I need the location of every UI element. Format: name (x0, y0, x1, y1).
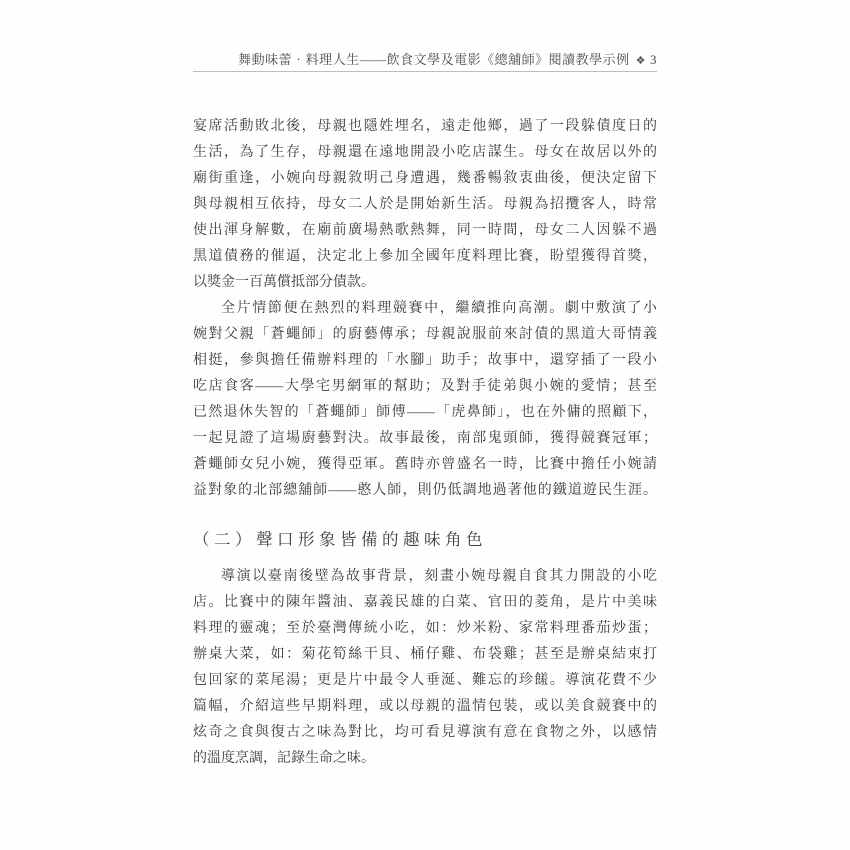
diamond-ornament-icon: ❖ (630, 55, 650, 67)
running-header-title: 舞動味蕾‧料理人生——飲食文學及電影《總舖師》閱讀教學示例 (238, 52, 630, 67)
text-line: 宴席活動敗北後，母親也隱姓埋名，遠走他鄉，過了一段躲債度日的 (193, 114, 657, 140)
page-number: 3 (650, 52, 657, 67)
text-line: 生活，為了生存，母親還在遠地開設小吃店謀生。母女在故居以外的 (193, 140, 657, 166)
text-line: 篇幅，介紹這些早期料理，或以母親的溫情包裝，或以美食競賽中的 (193, 694, 657, 720)
text-line: 益對象的北部總舖師——憨人師，則仍低調地過著他的鐵道遊民生涯。 (193, 478, 657, 504)
text-line: 婉對父親「蒼蠅師」的廚藝傳承；母親說服前來討債的黑道大哥情義 (193, 322, 657, 348)
text-line: 炫奇之食與復古之味為對比，均可看見導演有意在食物之外，以感情 (193, 720, 657, 746)
main-text-block: 宴席活動敗北後，母親也隱姓埋名，遠走他鄉，過了一段躲債度日的生活，為了生存，母親… (193, 114, 657, 772)
paragraph-3: 導演以臺南後壁為故事背景，刻畫小婉母親自食其力開設的小吃店。比賽中的陳年醬油、嘉… (193, 564, 657, 772)
text-line: 包回家的菜尾湯；更是片中最令人垂涎、難忘的珍饈。導演花費不少 (193, 668, 657, 694)
text-line: 料理的靈魂；至於臺灣傳統小吃，如：炒米粉、家常料理番茄炒蛋； (193, 616, 657, 642)
text-line: 的溫度烹調，記錄生命之味。 (193, 746, 657, 772)
text-line: 廟街重逢，小婉向母親敘明己身遭遇，幾番暢敘衷曲後，便決定留下 (193, 166, 657, 192)
text-line: 以獎金一百萬償抵部分債款。 (193, 270, 657, 296)
book-page: 舞動味蕾‧料理人生——飲食文學及電影《總舖師》閱讀教學示例❖3 宴席活動敗北後，… (0, 0, 850, 850)
text-line: 導演以臺南後壁為故事背景，刻畫小婉母親自食其力開設的小吃 (193, 564, 657, 590)
section-heading: （二）聲口形象皆備的趣味角色 (193, 526, 657, 553)
text-line: 店。比賽中的陳年醬油、嘉義民雄的白菜、官田的菱角，是片中美味 (193, 590, 657, 616)
paragraph-2: 全片情節便在熱烈的料理競賽中，繼續推向高潮。劇中敷演了小婉對父親「蒼蠅師」的廚藝… (193, 296, 657, 504)
text-line: 一起見證了這場廚藝對決。故事最後，南部鬼頭師，獲得競賽冠軍； (193, 426, 657, 452)
text-line: 已然退休失智的「蒼蠅師」師傅——「虎鼻師」，也在外傭的照顧下， (193, 400, 657, 426)
running-header: 舞動味蕾‧料理人生——飲食文學及電影《總舖師》閱讀教學示例❖3 (193, 50, 657, 71)
text-line: 黑道債務的催逼，決定北上參加全國年度料理比賽，盼望獲得首獎， (193, 244, 657, 270)
text-line: 使出渾身解數，在廟前廣場熱歌熱舞，同一時間，母女二人因躲不過 (193, 218, 657, 244)
text-line: 與母親相互依持，母女二人於是開始新生活。母親為招攬客人，時常 (193, 192, 657, 218)
text-line: 吃店食客——大學宅男網軍的幫助；及對手徒弟與小婉的愛情；甚至 (193, 374, 657, 400)
header-rule-divider (193, 71, 657, 72)
paragraph-1: 宴席活動敗北後，母親也隱姓埋名，遠走他鄉，過了一段躲債度日的生活，為了生存，母親… (193, 114, 657, 296)
text-line: 蒼蠅師女兒小婉，獲得亞軍。舊時亦曾盛名一時，比賽中擔任小婉請 (193, 452, 657, 478)
text-line: 辦桌大菜，如：菊花筍絲干貝、桶仔雞、布袋雞；甚至是辦桌結束打 (193, 642, 657, 668)
text-line: 相挺，參與擔任備辦料理的「水腳」助手；故事中，還穿插了一段小 (193, 348, 657, 374)
text-line: 全片情節便在熱烈的料理競賽中，繼續推向高潮。劇中敷演了小 (193, 296, 657, 322)
